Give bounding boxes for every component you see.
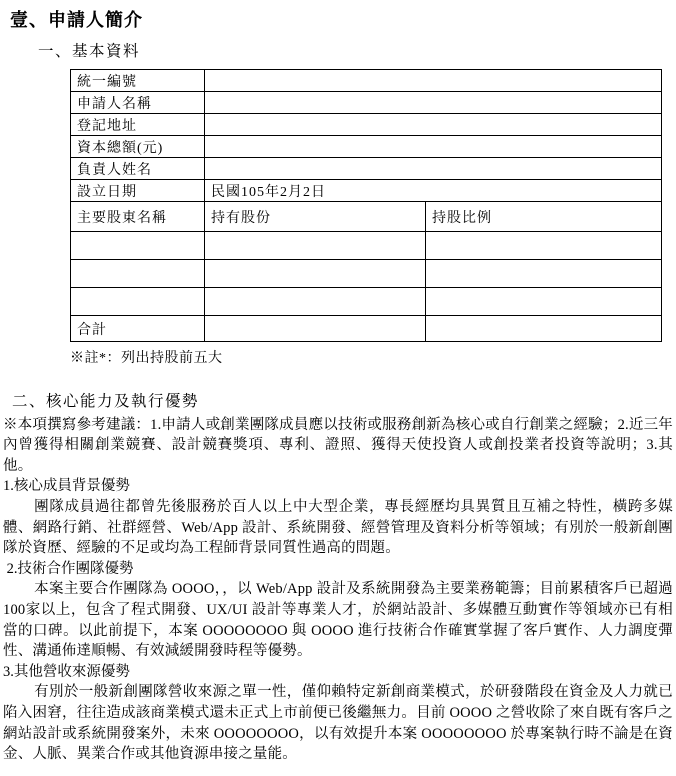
establishment-date-value: 民國105年2月2日: [205, 180, 662, 202]
table-row-shareholder-empty: [71, 232, 662, 260]
shareholder-shares-header: 持有股份: [205, 202, 426, 232]
table-row-capital: 資本總額(元): [71, 136, 662, 158]
empty-cell: [426, 232, 662, 260]
empty-cell: [71, 260, 205, 288]
table-row-applicant-name: 申請人名稱: [71, 92, 662, 114]
writing-advisory-note: ※本項撰寫參考建議：1.申請人或創業團隊成員應以技術或服務創新為核心或自行創業之…: [3, 415, 673, 477]
subsection-body: 有別於一般新創團隊營收來源之單一性，僅仰賴特定新創商業模式，於研發階段在資金及人…: [3, 682, 673, 764]
field-label: 登記地址: [71, 114, 205, 136]
section-core-strengths-heading: 二、核心能力及執行優勢: [12, 392, 673, 413]
document-page: 壹、申請人簡介 一、基本資料 統一編號 申請人名稱 登記地址 資本總額(元): [0, 0, 676, 776]
empty-cell: [426, 316, 662, 342]
table-row-shareholder-empty: [71, 260, 662, 288]
table-row-registered-address: 登記地址: [71, 114, 662, 136]
shareholder-name-header: 主要股東名稱: [71, 202, 205, 232]
field-label: 負責人姓名: [71, 158, 205, 180]
field-value-cell: [205, 70, 662, 92]
field-value-cell: [205, 114, 662, 136]
subsection-core-members: 1.核心成員背景優勢 團隊成員過往都曾先後服務於百人以上中大型企業，專長經歷均具…: [3, 476, 673, 558]
shareholder-ratio-header: 持股比例: [426, 202, 662, 232]
document-title: 壹、申請人簡介: [10, 6, 673, 32]
subsection-body: 本案主要合作團隊為 OOOO，，以 Web/App 設計及系統開發為主要業務範籌…: [3, 579, 673, 661]
section-basic-info-heading: 一、基本資料: [38, 39, 673, 61]
subsection-body: 團隊成員過往都曾先後服務於百人以上中大型企業，專長經歷均具異質且互補之特性，橫跨…: [3, 497, 673, 559]
table-row-responsible-person: 負責人姓名: [71, 158, 662, 180]
empty-cell: [205, 260, 426, 288]
total-label: 合計: [71, 316, 205, 342]
empty-cell: [205, 316, 426, 342]
table-row-total: 合計: [71, 316, 662, 342]
empty-cell: [71, 288, 205, 316]
subsection-heading: 2.技術合作團隊優勢: [3, 559, 673, 580]
subsection-technical-partner: 2.技術合作團隊優勢 本案主要合作團隊為 OOOO，，以 Web/App 設計及…: [3, 559, 673, 662]
subsection-other-revenue: 3.其他營收來源優勢 有別於一般新創團隊營收來源之單一性，僅仰賴特定新創商業模式…: [3, 662, 673, 765]
empty-cell: [205, 232, 426, 260]
field-value-cell: [205, 92, 662, 114]
table-row-shareholder-header: 主要股東名稱 持有股份 持股比例: [71, 202, 662, 232]
table-row-establishment-date: 設立日期 民國105年2月2日: [71, 180, 662, 202]
table-footnote: ※註*：列出持股前五大: [70, 347, 673, 367]
section-core-strengths: 二、核心能力及執行優勢 ※本項撰寫參考建議：1.申請人或創業團隊成員應以技術或服…: [3, 392, 673, 765]
empty-cell: [426, 288, 662, 316]
empty-cell: [205, 288, 426, 316]
empty-cell: [426, 260, 662, 288]
field-label: 資本總額(元): [71, 136, 205, 158]
empty-cell: [71, 232, 205, 260]
field-label: 設立日期: [71, 180, 205, 202]
basic-info-table: 統一編號 申請人名稱 登記地址 資本總額(元) 負責人姓名 設立日期 民國: [70, 69, 662, 342]
field-label: 統一編號: [71, 70, 205, 92]
field-value-cell: [205, 136, 662, 158]
table-row-uniform-number: 統一編號: [71, 70, 662, 92]
subsection-heading: 1.核心成員背景優勢: [3, 476, 673, 497]
table-row-shareholder-empty: [71, 288, 662, 316]
subsection-heading: 3.其他營收來源優勢: [3, 662, 673, 683]
field-label: 申請人名稱: [71, 92, 205, 114]
field-value-cell: [205, 158, 662, 180]
